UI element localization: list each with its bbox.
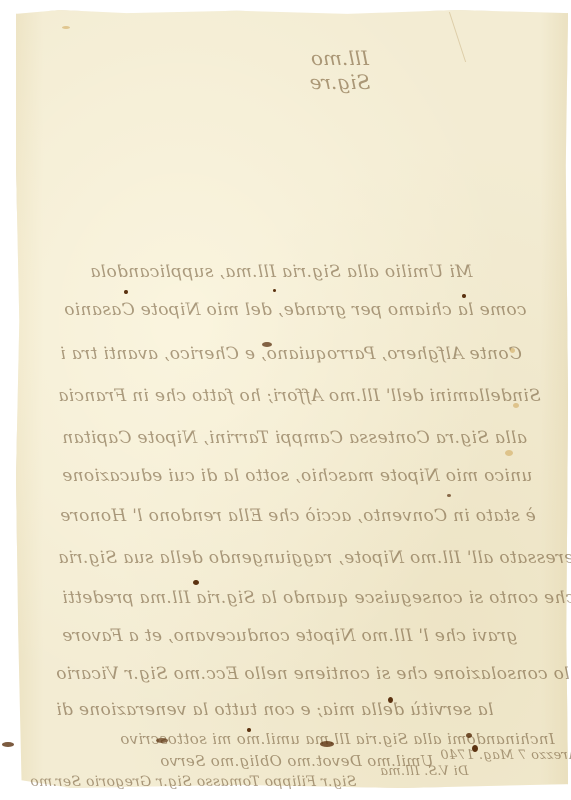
signature: Sig.r Filippo Tomasso Sig.r Gregorio Ser… (30, 774, 356, 790)
body-line-10: gravi che l' Ill.mo Nipote conducevano, … (62, 626, 517, 646)
ink-spot (462, 294, 466, 298)
ink-spot (472, 745, 478, 752)
ink-spot (124, 290, 128, 294)
body-line-13: Inchinandomi alla Sig.ria Ill.ma umil.mo… (120, 730, 555, 748)
ink-spot (447, 494, 451, 497)
body-line-7: è stato in Convento, acciò che Ella rend… (60, 506, 536, 526)
place-date: Di Casa, Arezzo 7 Mag. 1740 (440, 748, 571, 763)
ink-spot (193, 580, 199, 585)
body-line-9: che conto si conseguisce quando la Sig.r… (62, 588, 571, 608)
body-line-4: Sindellamini dell' Ill.mo Affori; ho fat… (58, 386, 541, 406)
dedication: Di V.S. Ill.ma (380, 764, 469, 779)
paper-stain (62, 26, 70, 29)
ink-spot (273, 289, 276, 292)
salutation: Ill.mo Sig.re (290, 46, 390, 94)
body-line-2: come la chiamo per grande, del mio Nipot… (64, 300, 526, 320)
body-line-5: alla Sig.ra Contessa Camppi Tarrini, Nip… (62, 428, 527, 448)
body-line-3: Conte Alfghero, Parroquiano, e Cherico, … (60, 344, 522, 364)
paper-stain (505, 450, 513, 456)
body-line-12: la servitù della mia; e con tutto la ven… (56, 700, 494, 720)
ink-spot (320, 741, 334, 747)
ink-spot (247, 728, 251, 732)
paper-stain (510, 348, 515, 353)
body-line-1: Mi Umilio alla Sig.ria Ill.ma, supplican… (90, 262, 473, 282)
body-line-11: lo consolazione che si contiene nello Ec… (56, 664, 570, 684)
ink-spot (466, 733, 472, 738)
ink-spot (388, 697, 393, 703)
ink-spot (156, 738, 168, 743)
paper-stain (513, 403, 519, 408)
body-line-8: disinteressato all' Ill.mo Nipote, raggi… (58, 548, 571, 568)
ink-spot (262, 342, 272, 347)
body-line-6: unico mio Nipote maschio, sotto la di cu… (62, 466, 532, 486)
ink-spot (2, 742, 14, 747)
